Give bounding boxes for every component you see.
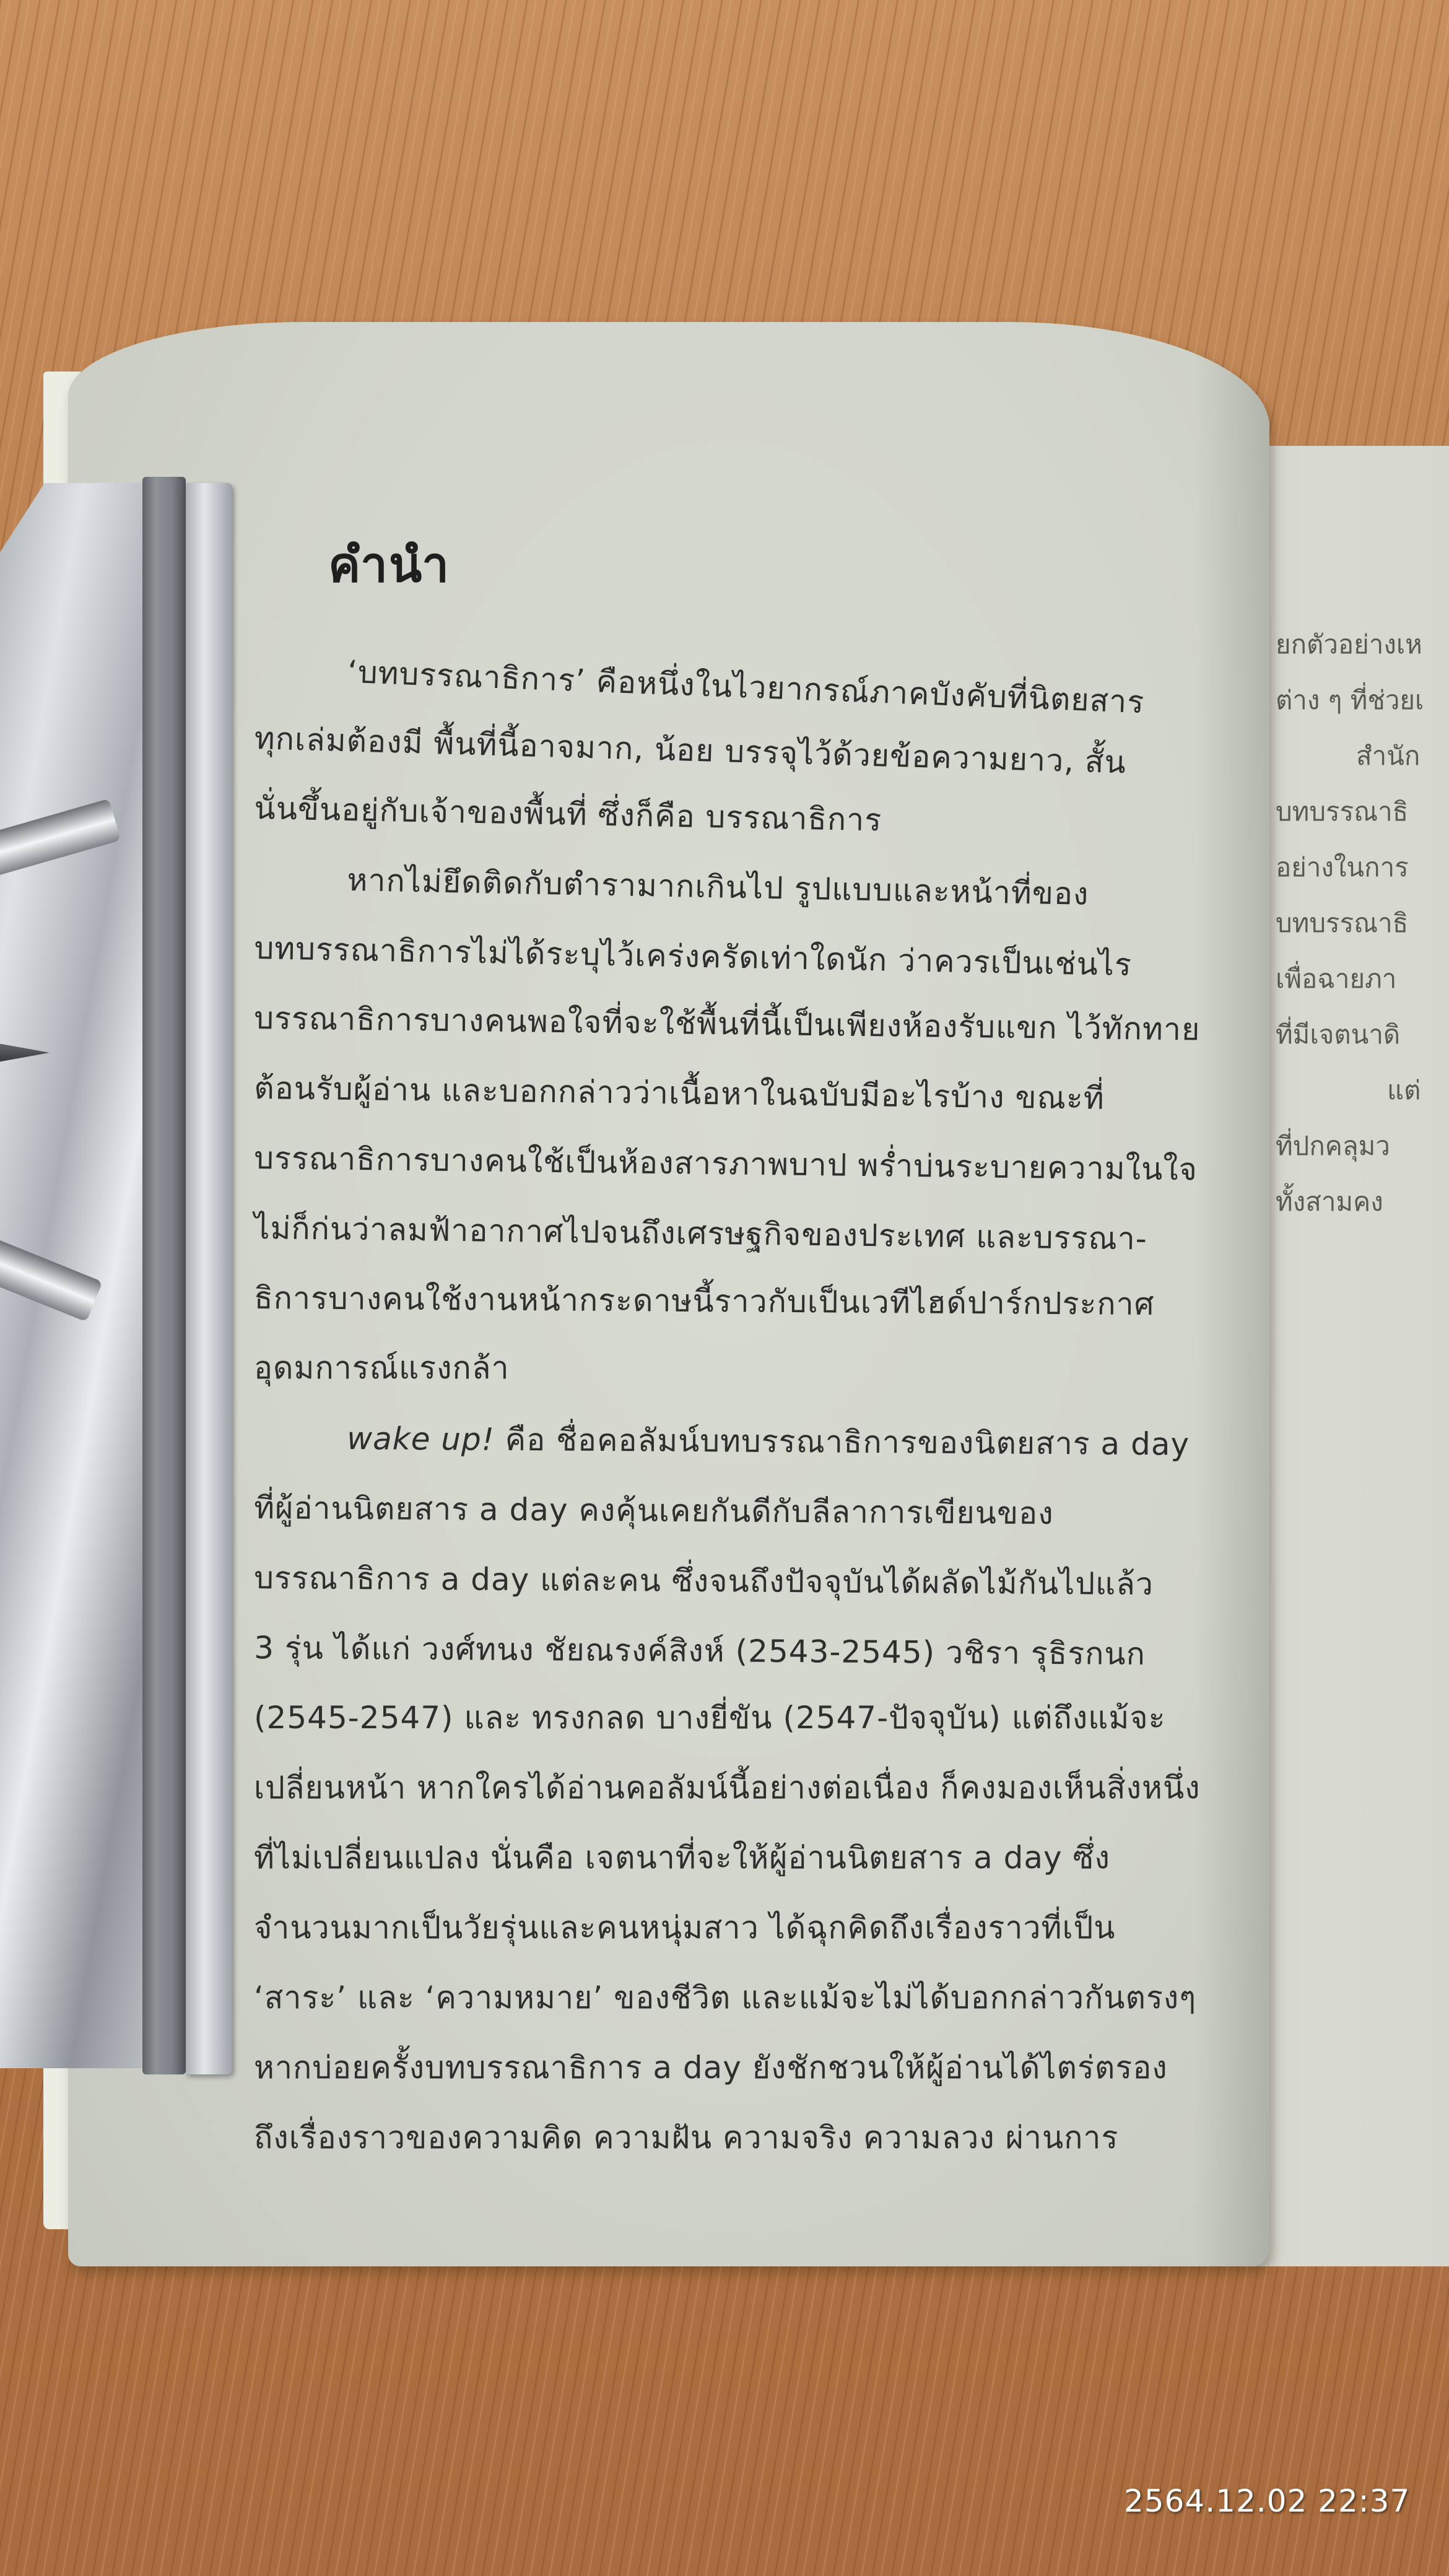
right-page-line: ต่าง ๆ ที่ช่วยเ: [1276, 687, 1449, 743]
right-page-line: บทบรรณาธิ: [1276, 799, 1449, 855]
text-line: บรรณาธิการ a day แต่ละคน ซึ่งจนถึงปัจจุบ…: [254, 1562, 1269, 1640]
text-line: ‘สาระ’ และ ‘ความหมาย’ ของชีวิต และแม้จะไ…: [254, 1982, 1269, 2052]
text-line: wake up! คือ ชื่อคอลัมน์บทบรรณาธิการของน…: [254, 1422, 1269, 1500]
right-page-line: ที่มีเจตนาดิ: [1276, 1022, 1449, 1077]
text-line: จำนวนมากเป็นวัยรุ่นและคนหนุ่มสาว ได้ฉุกค…: [254, 1912, 1269, 1982]
page-content: คำนำ ‘บทบรรณาธิการ’ คือหนึ่งในไวยากรณ์ภา…: [254, 526, 1269, 2192]
column-name: wake up!: [347, 1421, 495, 1458]
binder-clip: [0, 471, 235, 2081]
right-page-line: บทบรรณาธิ: [1276, 910, 1449, 966]
text-line: (2545-2547) และ ทรงกลด บางยี่ขัน (2547-ป…: [254, 1702, 1269, 1772]
text-line: เปลี่ยนหน้า หากใครได้อ่านคอลัมน์นี้อย่าง…: [254, 1772, 1269, 1842]
left-page: คำนำ ‘บทบรรณาธิการ’ คือหนึ่งในไวยากรณ์ภา…: [68, 322, 1269, 2266]
text-line: ที่ไม่เปลี่ยนแปลง นั่นคือ เจตนาที่จะให้ผ…: [254, 1842, 1269, 1912]
right-page-line: เพื่อฉายภา: [1276, 966, 1449, 1022]
camera-timestamp: 2564.12.02 22:37: [1124, 2483, 1410, 2519]
clip-rail-inner: [142, 477, 186, 2074]
right-page-text: ยกตัวอย่างเห ต่าง ๆ ที่ช่วยเ สำนัก บทบรร…: [1276, 632, 1449, 1245]
text-line: ธิการบางคนใช้งานหน้ากระดาษนี้ราวกับเป็นเ…: [254, 1282, 1269, 1360]
text-line: ถึงเรื่องราวของความคิด ความฝัน ความจริง …: [254, 2122, 1269, 2192]
text-line: 3 รุ่น ได้แก่ วงศ์ทนง ชัยณรงค์สิงห์ (254…: [254, 1632, 1269, 1710]
right-page-line: แต่: [1276, 1077, 1449, 1133]
text-line: ที่ผู้อ่านนิตยสาร a day คงคุ้นเคยกันดีกั…: [254, 1492, 1269, 1570]
right-page-line: อย่างในการ: [1276, 855, 1449, 910]
right-page-line: ยกตัวอย่างเห: [1276, 632, 1449, 687]
right-page-line: ที่ปกคลุมว: [1276, 1133, 1449, 1189]
text-line: อุดมการณ์แรงกล้า: [254, 1352, 1269, 1422]
right-page-line: ทั้งสามคง: [1276, 1189, 1449, 1245]
text-fragment: คือ ชื่อคอลัมน์บทบรรณาธิการของนิตยสาร a …: [505, 1422, 1190, 1463]
text-line: หากบ่อยครั้งบทบรรณาธิการ a day ยังชักชวน…: [254, 2052, 1269, 2122]
page-heading: คำนำ: [328, 526, 1269, 603]
photo-scene: ยกตัวอย่างเห ต่าง ๆ ที่ช่วยเ สำนัก บทบรร…: [0, 0, 1449, 2576]
right-page-line: สำนัก: [1276, 743, 1449, 799]
clip-rail-outer: [186, 483, 232, 2074]
